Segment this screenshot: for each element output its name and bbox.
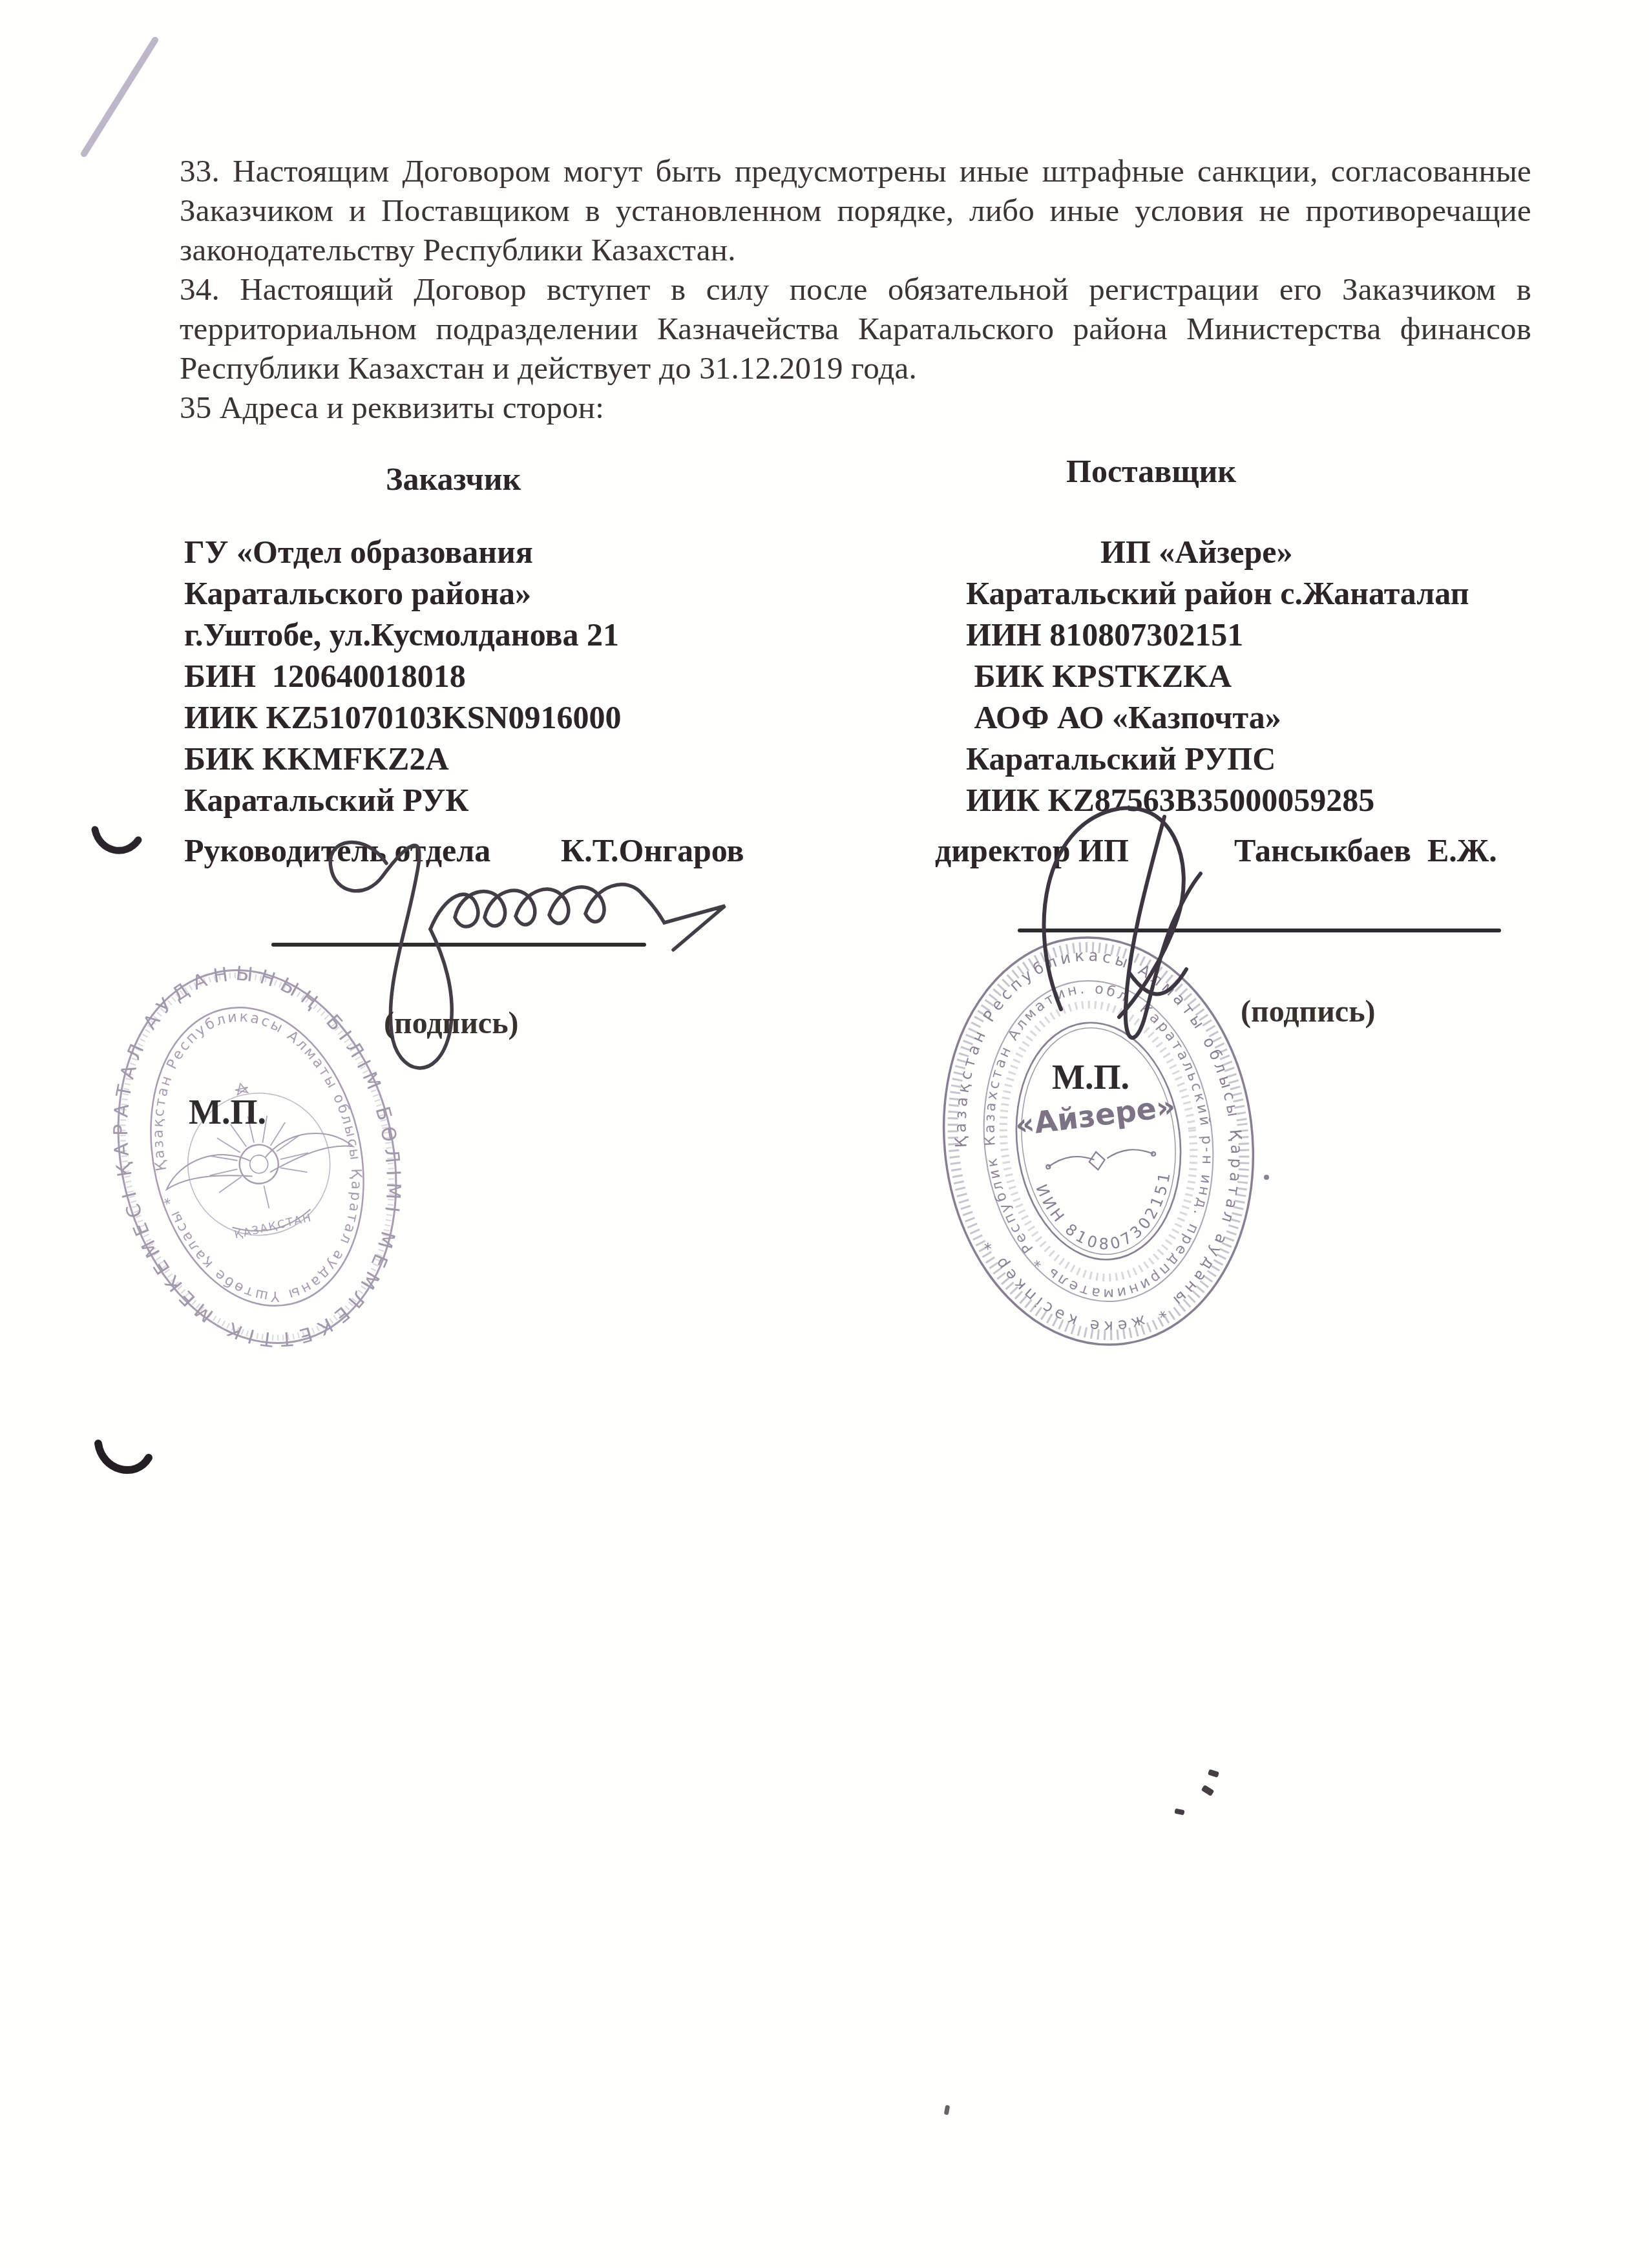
signature-supplier-oval — [1044, 808, 1184, 1017]
seal-place-mark-customer: М.П. — [189, 1092, 266, 1132]
seal-place-mark-supplier: М.П. — [1052, 1057, 1129, 1097]
signature-caption-customer: (подпись) — [384, 1005, 519, 1041]
signature-caption-supplier: (подпись) — [1241, 994, 1376, 1029]
handwritten-signatures-layer — [0, 0, 1649, 2268]
scanned-contract-page: ҚАЗАҚСТАН ҚАРАТАЛ АУДАНЫНЫҢ БІЛІМ БӨЛІМІ… — [0, 0, 1649, 2268]
signature-supplier-stroke — [1126, 817, 1201, 1038]
signature-customer-loops — [430, 885, 725, 950]
